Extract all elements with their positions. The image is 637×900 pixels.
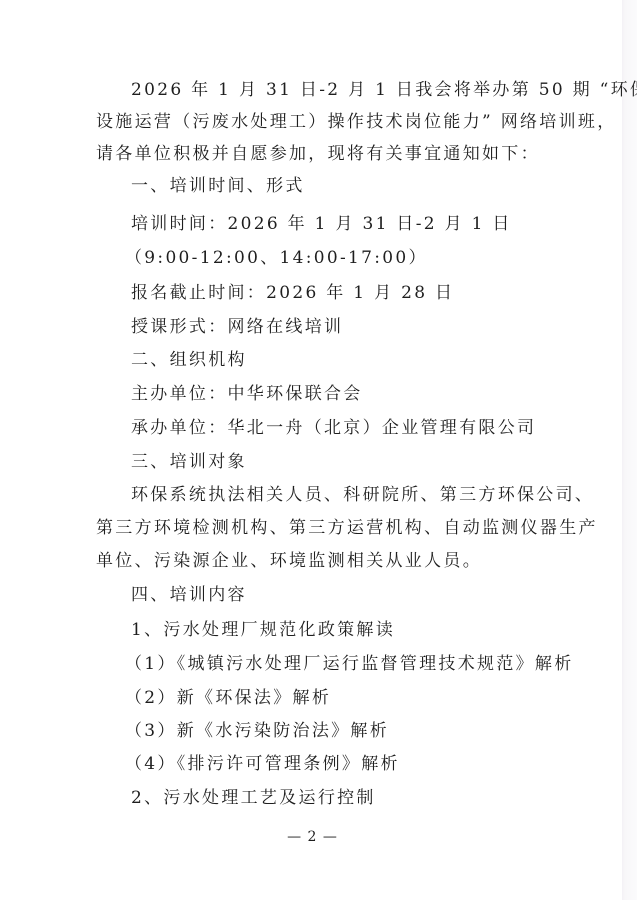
content-item-2: 2、污水处理工艺及运行控制 <box>131 788 376 808</box>
teaching-format: 授课形式：网络在线培训 <box>131 317 343 337</box>
training-time: 培训时间：2026 年 1 月 31 日-2 月 1 日 <box>131 214 512 234</box>
page-number-footer: — 2 — <box>0 829 637 845</box>
section-heading-target-audience: 三、培训对象 <box>131 452 247 472</box>
intro-paragraph-line-1: 2026 年 1 月 31 日-2 月 1 日我会将举办第 50 期 “环保 <box>131 80 637 100</box>
content-subitem-1-3: （3）新《水污染防治法》解析 <box>125 721 389 741</box>
host-organization: 主办单位：中华环保联合会 <box>131 384 363 404</box>
intro-paragraph-line-3: 请各单位积极并自愿参加，现将有关事宜通知如下： <box>96 144 540 164</box>
content-subitem-1-4: （4）《排污许可管理条例》解析 <box>125 754 400 774</box>
page-number: — 2 — <box>287 829 338 845</box>
organizer: 承办单位：华北一舟（北京）企业管理有限公司 <box>131 418 536 438</box>
section-heading-organization: 二、组织机构 <box>131 350 247 370</box>
training-hours: （9:00-12:00、14:00-17:00） <box>125 248 428 268</box>
intro-paragraph-line-2: 设施运营（污废水处理工）操作技术岗位能力” 网络培训班， <box>96 112 617 132</box>
document-page: 2026 年 1 月 31 日-2 月 1 日我会将举办第 50 期 “环保 设… <box>0 0 637 900</box>
section-heading-training-content: 四、培训内容 <box>131 585 247 605</box>
content-subitem-1-1: （1）《城镇污水处理厂运行监督管理技术规范》解析 <box>125 654 574 674</box>
target-audience-line-3: 单位、污染源企业、环境监测相关从业人员。 <box>96 551 482 571</box>
content-subitem-1-2: （2）新《环保法》解析 <box>125 688 331 708</box>
registration-deadline: 报名截止时间：2026 年 1 月 28 日 <box>131 283 454 303</box>
target-audience-line-1: 环保系统执法相关人员、科研院所、第三方环保公司、 <box>131 485 594 505</box>
content-item-1: 1、污水处理厂规范化政策解读 <box>131 620 395 640</box>
target-audience-line-2: 第三方环境检测机构、第三方运营机构、自动监测仪器生产 <box>96 518 598 538</box>
section-heading-training-time-format: 一、培训时间、形式 <box>131 176 305 196</box>
